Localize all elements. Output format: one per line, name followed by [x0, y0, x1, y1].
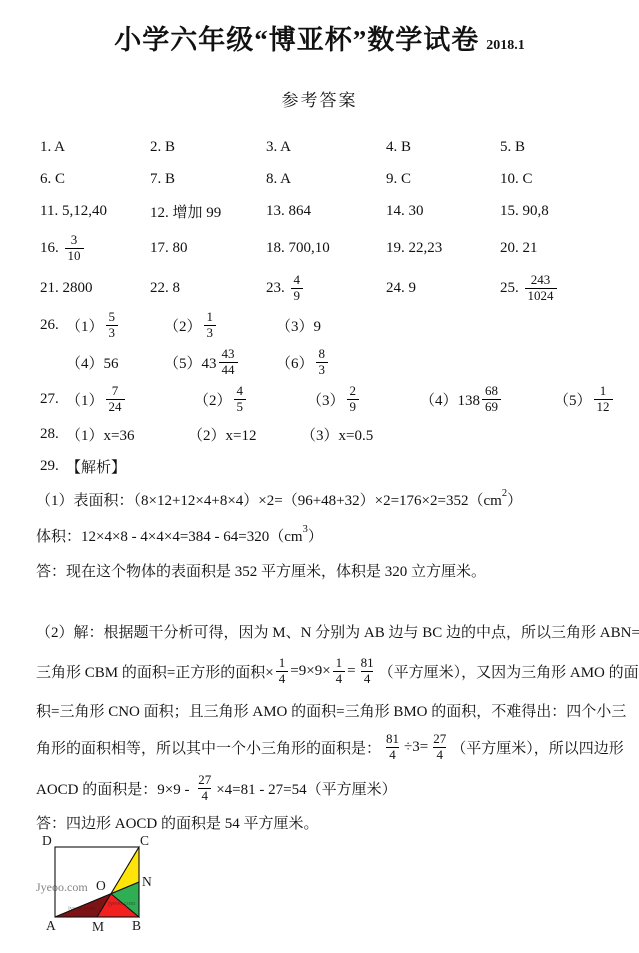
text-run: （4）138 [420, 389, 480, 410]
answer-row: 26.（1）53（2）13（3）9 [40, 307, 639, 343]
label-D: D [42, 835, 52, 848]
fraction-numerator: 4 [234, 384, 247, 399]
text-run: ） [308, 525, 323, 546]
answer-cell: （3）x=0.5 [301, 424, 639, 445]
fraction: 83 [316, 347, 329, 378]
answer-cell: 17. 80 [150, 240, 266, 257]
fraction-numerator: 68 [482, 384, 501, 399]
text-run: 积=三角形 CNO 面积；且三角形 AMO 的面积=三角形 BMO 的面积，不难… [36, 700, 626, 721]
exam-title: 小学六年级“博亚杯”数学试卷 [114, 18, 479, 57]
fraction-denominator: 3 [316, 362, 329, 378]
answer-cell: 11. 5,12,40 [40, 203, 150, 220]
fraction-denominator: 69 [482, 399, 501, 415]
page-title: 小学六年级“博亚杯”数学试卷 2018.1 [0, 0, 639, 54]
answer-row: 6. C7. B8. A9. C10. C [40, 163, 639, 195]
label-B: B [132, 918, 141, 933]
fraction-denominator: 3 [106, 325, 119, 341]
question-number: 28. [40, 426, 66, 443]
answer-cell: 22. 8 [150, 280, 266, 297]
text-run: （1） [66, 389, 104, 410]
fraction-denominator: 4 [386, 747, 399, 763]
answer-cell: （6）83 [276, 347, 639, 378]
fraction-numerator: 1 [597, 384, 610, 399]
text-run: 11. 5,12,40 [40, 203, 107, 220]
watermark-speckle: jyeoo.com [67, 905, 95, 912]
text-run: 3. A [266, 139, 291, 156]
question-number: 26. [40, 317, 66, 334]
answer-row: 21. 280022. 823. 4924. 925. 2431024 [40, 269, 639, 307]
text-run: 体积：12×4×8 - 4×4×4=384 - 64=320（cm [36, 525, 303, 546]
fraction: 2431024 [525, 273, 557, 304]
solution-line: 三角形 CBM 的面积=正方形的面积×14=9×9×14=814（平方厘米），又… [36, 649, 619, 693]
label-N: N [142, 874, 152, 889]
text-run: （3）9 [276, 315, 321, 336]
answer-cell: （3）9 [276, 315, 639, 336]
text-run: （2）解：根据题干分析可得，因为 M、N 分别为 AB 边与 BC 边的中点，所… [36, 621, 639, 642]
text-run: （平方厘米），所以四边形 [451, 737, 624, 758]
answer-cell: 19. 22,23 [386, 240, 500, 257]
fraction-denominator: 4 [361, 671, 374, 687]
answer-cell: 4. B [386, 139, 500, 156]
superscript: 3 [303, 524, 308, 535]
text-run: 4. B [386, 139, 411, 156]
fraction-numerator: 1 [333, 656, 346, 671]
fraction-denominator: 12 [594, 399, 613, 415]
answer-cell: 10. C [500, 171, 639, 188]
fraction-denominator: 24 [106, 399, 125, 415]
fraction: 13 [204, 310, 217, 341]
answer-row: （4）56（5）434344（6）83 [40, 343, 639, 381]
fraction-denominator: 9 [291, 288, 304, 304]
answer-cell: 7. B [150, 171, 266, 188]
text-run: 2. B [150, 139, 175, 156]
fraction-numerator: 2 [347, 384, 360, 399]
text-run: （1）表面积：（8×12+12×4+8×4）×2=（96+48+32）×2=17… [36, 489, 502, 510]
text-run: 14. 30 [386, 203, 424, 220]
solution-line: 角形的面积相等，所以其中一个小三角形的面积是：814÷3=274（平方厘米），所… [36, 727, 619, 767]
text-run: （3）x=0.5 [301, 424, 373, 445]
fraction-denominator: 5 [234, 399, 247, 415]
text-run: （1） [66, 315, 104, 336]
fraction: 274 [195, 773, 214, 804]
fraction-denominator: 3 [204, 325, 217, 341]
section-heading: 参考答案 [0, 86, 639, 108]
fraction-denominator: 44 [219, 362, 238, 378]
answer-cell: 9. C [386, 171, 500, 188]
text-run: 17. 80 [150, 240, 188, 257]
watermark-text: Jyeoo.com [36, 880, 88, 894]
answer-cell: （2）x=12 [188, 424, 301, 445]
answer-cell: 2. B [150, 139, 266, 156]
answer-cell: 24. 9 [386, 280, 500, 297]
question-number: 29. [40, 458, 66, 475]
text-run: 13. 864 [266, 203, 311, 220]
fraction-denominator: 4 [333, 671, 346, 687]
text-run: 22. 8 [150, 280, 180, 297]
answer-cell: 12. 增加 99 [150, 201, 266, 222]
answer-cell: （4）56 [66, 352, 164, 373]
fraction: 49 [291, 273, 304, 304]
text-run: （平方厘米），又因为三角形 AMO 的面 [379, 661, 639, 682]
answer-cell: 5. B [500, 139, 639, 156]
answer-row: 1. A2. B3. A4. B5. B [40, 131, 639, 163]
answer-cell: （1）53 [66, 310, 164, 341]
fraction: 53 [106, 310, 119, 341]
text-run: ÷3= [404, 739, 428, 756]
text-run: 12. 增加 99 [150, 201, 221, 222]
text-run: 24. 9 [386, 280, 416, 297]
solution-line: （1）表面积：（8×12+12×4+8×4）×2=（96+48+32）×2=17… [36, 481, 619, 517]
text-run: （4）56 [66, 352, 119, 373]
label-M: M [92, 919, 104, 934]
text-run: 5. B [500, 139, 525, 156]
text-run: 9. C [386, 171, 411, 188]
fraction-numerator: 7 [109, 384, 122, 399]
solution-line: 体积：12×4×8 - 4×4×4=384 - 64=320（cm3） [36, 517, 619, 553]
text-run: （2）x=12 [188, 424, 256, 445]
answer-cell: （1）724 [66, 384, 194, 415]
text-run: 6. C [40, 171, 65, 188]
text-run: 20. 21 [500, 240, 538, 257]
text-run: 答：现在这个物体的表面积是 352 平方厘米，体积是 320 立方厘米。 [36, 560, 486, 581]
text-run: ） [507, 489, 522, 510]
answer-row: 29.【解析】 [40, 451, 639, 481]
label-A: A [46, 918, 56, 933]
fraction-numerator: 8 [316, 347, 329, 362]
answer-cell: 18. 700,10 [266, 240, 386, 257]
fraction: 29 [347, 384, 360, 415]
fraction-denominator: 4 [198, 788, 211, 804]
fraction-numerator: 81 [383, 732, 402, 747]
text-run: （5） [554, 389, 592, 410]
fraction-numerator: 27 [430, 732, 449, 747]
answer-cell: （5）112 [554, 384, 639, 415]
answer-cell: （4）1386869 [420, 384, 554, 415]
fraction-denominator: 10 [65, 248, 84, 264]
square-diagram: Jyeoo.com jyeoo.com jyeoo.com D C N O A … [22, 835, 197, 951]
text-run: 23. [266, 280, 289, 297]
fraction-numerator: 27 [195, 773, 214, 788]
label-C: C [140, 835, 149, 848]
exam-answer-page: 小学六年级“博亚杯”数学试卷 2018.1 参考答案 1. A2. B3. A4… [0, 0, 639, 953]
fraction-numerator: 1 [204, 310, 217, 325]
text-run: （2） [194, 389, 232, 410]
solution-line: （2）解：根据题干分析可得，因为 M、N 分别为 AB 边与 BC 边的中点，所… [36, 613, 619, 649]
fraction: 4344 [219, 347, 238, 378]
text-run: （5）43 [164, 352, 217, 373]
text-run: = [347, 663, 355, 680]
answer-cell: 14. 30 [386, 203, 500, 220]
fraction: 814 [383, 732, 402, 763]
solution-section: （1）表面积：（8×12+12×4+8×4）×2=（96+48+32）×2=17… [0, 481, 639, 835]
answer-row: 27.（1）724（2）45（3）29（4）1386869（5）112 [40, 381, 639, 418]
solution-line: 答：四边形 AOCD 的面积是 54 平方厘米。 [36, 809, 619, 835]
fraction: 814 [358, 656, 377, 687]
text-run: 【解析】 [66, 456, 126, 477]
fraction: 14 [333, 656, 346, 687]
answer-cell: 21. 2800 [40, 280, 150, 297]
text-run: （2） [164, 315, 202, 336]
fraction-numerator: 43 [219, 347, 238, 362]
answer-cell: 25. 2431024 [500, 273, 639, 304]
answer-cell: （2）13 [164, 310, 276, 341]
text-run: 角形的面积相等，所以其中一个小三角形的面积是： [36, 737, 381, 758]
answer-cell: （1）x=36 [66, 424, 188, 445]
fraction-denominator: 9 [347, 399, 360, 415]
text-run: 25. [500, 280, 523, 297]
text-run: 21. 2800 [40, 280, 93, 297]
text-run: AOCD 的面积是：9×9 - [36, 778, 193, 799]
text-run: 三角形 CBM 的面积=正方形的面积× [36, 661, 274, 682]
answer-row: 16. 31017. 8018. 700,1019. 22,2320. 21 [40, 227, 639, 269]
exam-date: 2018.1 [486, 38, 525, 54]
question-number: 27. [40, 391, 66, 408]
text-run: （6） [276, 352, 314, 373]
label-O: O [96, 878, 106, 893]
answer-cell: 3. A [266, 139, 386, 156]
text-run: 8. A [266, 171, 291, 188]
answer-cell: 13. 864 [266, 203, 386, 220]
geometry-figure: Jyeoo.com jyeoo.com jyeoo.com D C N O A … [22, 835, 639, 953]
answer-grid: 1. A2. B3. A4. B5. B6. C7. B8. A9. C10. … [0, 131, 639, 481]
answer-row: 28.（1）x=36（2）x=12（3）x=0.5 [40, 418, 639, 451]
answer-cell: 20. 21 [500, 240, 639, 257]
fraction-denominator: 4 [433, 747, 446, 763]
text-run: 19. 22,23 [386, 240, 442, 257]
fraction: 724 [106, 384, 125, 415]
text-run: 1. A [40, 139, 65, 156]
answer-cell: 6. C [40, 171, 150, 188]
watermark-speckle: jyeoo.com [107, 900, 135, 907]
answer-cell: 16. 310 [40, 233, 150, 264]
answer-row: 11. 5,12,4012. 增加 9913. 86414. 3015. 90,… [40, 195, 639, 227]
text-run: 16. [40, 240, 63, 257]
fraction-denominator: 4 [276, 671, 289, 687]
solution-line: AOCD 的面积是：9×9 - 274×4=81 - 27=54（平方厘米） [36, 767, 619, 809]
fraction-numerator: 1 [276, 656, 289, 671]
text-run: 答：四边形 AOCD 的面积是 54 平方厘米。 [36, 812, 319, 833]
answer-cell: 【解析】 [66, 456, 639, 477]
answer-cell: （5）434344 [164, 347, 276, 378]
fraction-numerator: 243 [528, 273, 554, 288]
fraction-numerator: 5 [106, 310, 119, 325]
text-run: ×4=81 - 27=54（平方厘米） [216, 778, 396, 799]
fraction: 14 [276, 656, 289, 687]
fraction: 310 [65, 233, 84, 264]
fraction: 112 [594, 384, 613, 415]
fraction-numerator: 81 [358, 656, 377, 671]
answer-cell: 8. A [266, 171, 386, 188]
fraction-numerator: 3 [68, 233, 81, 248]
text-run: （1）x=36 [66, 424, 134, 445]
fraction-numerator: 4 [291, 273, 304, 288]
text-run: 7. B [150, 171, 175, 188]
fraction: 45 [234, 384, 247, 415]
text-run: （3） [307, 389, 345, 410]
answer-cell: （3）29 [307, 384, 420, 415]
solution-line: 答：现在这个物体的表面积是 352 平方厘米，体积是 320 立方厘米。 [36, 553, 619, 587]
superscript: 2 [502, 488, 507, 499]
fraction: 6869 [482, 384, 501, 415]
solution-line: 积=三角形 CNO 面积；且三角形 AMO 的面积=三角形 BMO 的面积，不难… [36, 693, 619, 727]
fraction-denominator: 1024 [525, 288, 557, 304]
text-run: =9×9× [290, 663, 330, 680]
answer-cell: 23. 49 [266, 273, 386, 304]
text-run: 15. 90,8 [500, 203, 549, 220]
answer-cell: （2）45 [194, 384, 307, 415]
answer-cell: 1. A [40, 139, 150, 156]
text-run: 10. C [500, 171, 533, 188]
text-run: 18. 700,10 [266, 240, 330, 257]
answer-cell: 15. 90,8 [500, 203, 639, 220]
fraction: 274 [430, 732, 449, 763]
